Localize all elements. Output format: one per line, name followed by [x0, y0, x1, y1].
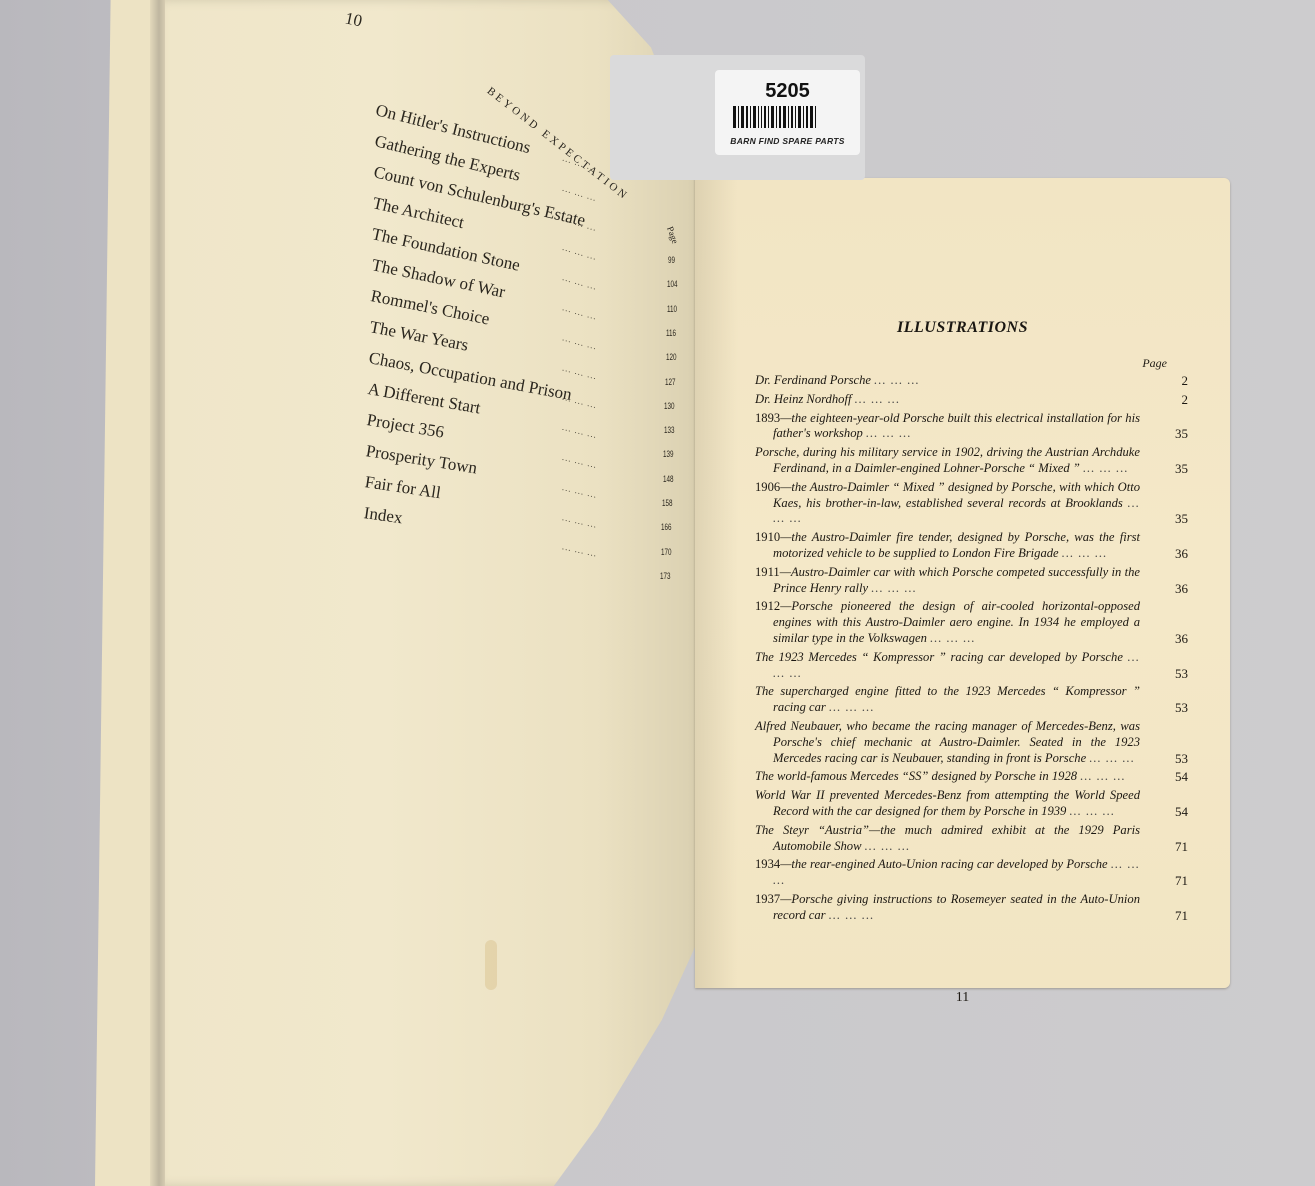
illustration-page: 53: [1175, 666, 1188, 682]
illustration-page: 71: [1175, 839, 1188, 855]
contents-entry: Project 356: [365, 410, 445, 443]
illustration-entry: Dr. Ferdinand Porsche ... ... ...2: [755, 373, 1200, 389]
illustration-caption: Porsche, during his military service in …: [755, 445, 1140, 477]
contents-entry-title: Prosperity Town: [365, 441, 479, 477]
illustration-caption: The 1923 Mercedes “ Kompressor ” racing …: [755, 650, 1140, 682]
illustration-page: 36: [1175, 631, 1188, 647]
illustration-entry: The supercharged engine fitted to the 19…: [755, 684, 1200, 716]
contents-entry-page: 148: [663, 474, 674, 484]
illustration-page: 35: [1175, 426, 1188, 442]
illustration-page: 36: [1175, 546, 1188, 562]
leader-dots: ... ... ...: [561, 542, 598, 559]
illustration-caption: Alfred Neubauer, who became the racing m…: [755, 719, 1140, 766]
contents-entry-page: 130: [664, 401, 675, 411]
contents-entry: Prosperity Town: [365, 441, 479, 478]
illustration-page: 71: [1175, 908, 1188, 924]
page-column-header: Page: [1142, 356, 1167, 371]
contents-entry-page: 166: [661, 522, 672, 532]
illustration-caption: 1937—Porsche giving instructions to Rose…: [755, 892, 1140, 924]
contents-entry-page: 173: [660, 571, 671, 581]
contents-page-label: Page: [665, 225, 680, 245]
illustration-page: 54: [1175, 804, 1188, 820]
illustration-page: 53: [1175, 700, 1188, 716]
illustrations-title: ILLUSTRATIONS: [695, 319, 1230, 337]
illustration-entry: 1937—Porsche giving instructions to Rose…: [755, 892, 1200, 924]
illustration-page: 36: [1175, 581, 1188, 597]
contents-entry-page: 139: [663, 449, 674, 459]
contents-entry: Fair for All: [364, 472, 443, 503]
illustration-caption: 1893—the eighteen-year-old Porsche built…: [755, 411, 1140, 443]
illustration-entry: 1906—the Austro-Daimler “ Mixed ” design…: [755, 480, 1200, 527]
tag-number: 5205: [715, 80, 860, 103]
leader-dots: ... ... ...: [561, 512, 598, 530]
illustration-caption: 1912—Porsche pioneered the design of air…: [755, 599, 1140, 646]
leader-dots: ... ... ...: [561, 392, 598, 411]
illustration-page: 35: [1175, 511, 1188, 527]
illustration-caption: Dr. Heinz Nordhoff ... ... ...: [755, 392, 1140, 408]
illustration-caption: 1911—Austro-Daimler car with which Porsc…: [755, 565, 1140, 597]
contents-entry-page: 104: [667, 279, 678, 289]
leader-dots: ... ... ...: [561, 482, 598, 500]
illustration-caption: The Steyr “Austria”—the much admired exh…: [755, 823, 1140, 855]
inventory-tag: 5205 BARN FIND SPARE PARTS: [715, 70, 860, 155]
illustration-entry: The Steyr “Austria”—the much admired exh…: [755, 823, 1200, 855]
illustration-caption: The supercharged engine fitted to the 19…: [755, 684, 1140, 716]
contents-entry-page: 110: [667, 304, 677, 314]
leader-dots: ... ... ...: [561, 332, 598, 351]
contents-entry-page: 99: [668, 255, 675, 265]
paper-stain: [485, 940, 497, 990]
illustration-entry: 1934—the rear-engined Auto-Union racing …: [755, 857, 1200, 889]
leader-dots: ... ... ...: [561, 183, 598, 203]
illustration-entry: Porsche, during his military service in …: [755, 445, 1200, 477]
tag-brand: BARN FIND SPARE PARTS: [715, 136, 860, 146]
illustration-caption: Dr. Ferdinand Porsche ... ... ...: [755, 373, 1140, 389]
illustration-page: 35: [1175, 461, 1188, 477]
illustration-caption: 1910—the Austro-Daimler fire tender, des…: [755, 530, 1140, 562]
illustration-page: 71: [1175, 873, 1188, 889]
barcode-icon: [733, 106, 843, 128]
contents-entry-title: Index: [363, 503, 404, 527]
illustration-page: 53: [1175, 751, 1188, 767]
leader-dots: ... ... ...: [561, 422, 598, 440]
contents-entry-page: 127: [665, 377, 676, 387]
contents-entry-page: 170: [661, 547, 672, 557]
contents-entry-page: 133: [664, 425, 675, 435]
illustration-entry: 1912—Porsche pioneered the design of air…: [755, 599, 1200, 646]
illustration-caption: 1934—the rear-engined Auto-Union racing …: [755, 857, 1140, 889]
contents-entry-title: Project 356: [366, 410, 446, 442]
leader-dots: ... ... ...: [561, 272, 598, 292]
illustration-page: 2: [1182, 392, 1189, 408]
illustration-entry: The world-famous Mercedes “SS” designed …: [755, 769, 1200, 785]
leader-dots: ... ... ...: [561, 242, 598, 262]
leader-dots: ... ... ...: [561, 362, 598, 381]
illustration-entry: 1910—the Austro-Daimler fire tender, des…: [755, 530, 1200, 562]
illustration-caption: 1906—the Austro-Daimler “ Mixed ” design…: [755, 480, 1140, 527]
contents-entry-page: 158: [662, 498, 673, 508]
illustrations-list: Dr. Ferdinand Porsche ... ... ...2Dr. He…: [755, 373, 1200, 927]
illustration-caption: The world-famous Mercedes “SS” designed …: [755, 769, 1140, 785]
illustration-entry: World War II prevented Mercedes-Benz fro…: [755, 788, 1200, 820]
contents-entry-page: 120: [666, 352, 677, 362]
leader-dots: ... ... ...: [561, 302, 598, 321]
right-page: ILLUSTRATIONS Page Dr. Ferdinand Porsche…: [695, 178, 1230, 988]
illustration-page: 2: [1182, 373, 1189, 389]
illustration-page: 54: [1175, 769, 1188, 785]
leader-dots: ... ... ...: [561, 452, 598, 470]
illustration-entry: Alfred Neubauer, who became the racing m…: [755, 719, 1200, 766]
illustration-caption: World War II prevented Mercedes-Benz fro…: [755, 788, 1140, 820]
illustration-entry: Dr. Heinz Nordhoff ... ... ...2: [755, 392, 1200, 408]
contents-entry-title: Fair for All: [364, 472, 442, 502]
contents-entry-page: 116: [666, 328, 676, 338]
illustration-entry: 1893—the eighteen-year-old Porsche built…: [755, 411, 1200, 443]
illustration-entry: The 1923 Mercedes “ Kompressor ” racing …: [755, 650, 1200, 682]
right-page-number: 11: [695, 990, 1230, 1006]
illustration-entry: 1911—Austro-Daimler car with which Porsc…: [755, 565, 1200, 597]
